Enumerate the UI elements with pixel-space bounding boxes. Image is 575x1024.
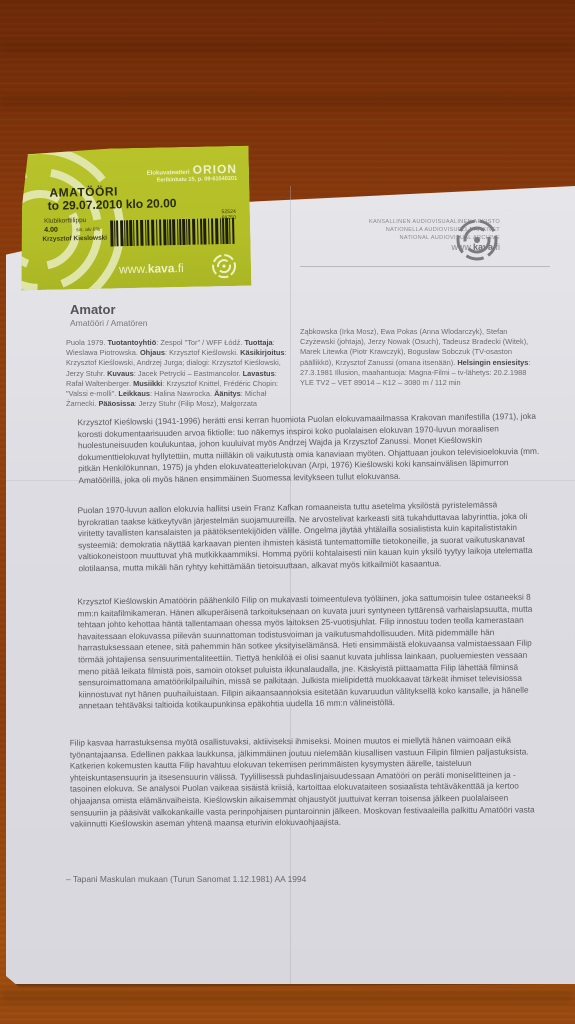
ticket-director: Krzysztof Kieslowski (42, 235, 107, 243)
credit-value: Puola 1979. (66, 338, 108, 347)
kava-logo-icon (211, 253, 238, 280)
credit-label: Tuottaja (244, 338, 272, 347)
ticket-datetime: to 29.07.2010 klo 20.00 (48, 196, 177, 213)
barcode-icon (110, 218, 237, 247)
ticket-vat: sis. alv 8% (76, 227, 100, 233)
ticket-address: Eerikinkatu 15, p. 09-61540201 (157, 176, 238, 184)
paragraph-4: Filip kasvaa harrastuksensa myötä osalli… (70, 734, 541, 830)
credit-label: Musiikki (133, 379, 162, 388)
film-title: Amator (70, 302, 116, 317)
credit-value: : Krzysztof Kieślowski. (165, 348, 240, 357)
credit-value: : Jerzy Stuhr (Filip Mosz), Małgorzata (135, 399, 257, 408)
byline: – Tapani Maskulan mukaan (Turun Sanomat … (66, 874, 306, 884)
credit-label: Tuotantoyhtiö (108, 338, 157, 347)
ticket-price: 4.00 (44, 227, 58, 234)
paragraph-1: Krzysztof Kieślowski (1941-1996) herätti… (78, 411, 541, 487)
credit-label: Helsingin ensiesitys (457, 358, 528, 367)
kava-logo-icon (455, 218, 499, 262)
cinema-ticket: ElokuvateatteriORION Eerikinkatu 15, p. … (19, 146, 252, 291)
credit-value: : Halina Nawrocka. (150, 389, 214, 398)
credits-left: Puola 1979. Tuotantoyhtiö: Zespol "Tor" … (66, 338, 294, 409)
paragraph-2: Puolan 1970-luvun aallon elokuvia hallit… (78, 499, 541, 575)
film-subtitle: Amatööri / Amatören (70, 318, 147, 328)
ticket-type: Klubikorttilippu (44, 217, 86, 225)
ticket-url: www.kava.fi (119, 261, 184, 276)
credit-label: Ohjaus (140, 348, 165, 357)
header-divider (300, 266, 550, 267)
credit-label: Lavastus (243, 369, 275, 378)
credit-label: Käsikirjoitus (240, 348, 284, 357)
paper-fold (290, 186, 291, 984)
credits-right: Ząbkowska (Irka Mosz), Ewa Pokas (Anna W… (300, 327, 540, 388)
credit-value: : Jacek Petrycki – Eastmancolor. (134, 369, 243, 378)
credit-label: Kuvaus (107, 369, 134, 378)
paragraph-3: Krzysztof Kieślowskin Amatöörin päähenki… (77, 592, 540, 713)
credit-label: Leikkaus (118, 389, 150, 398)
credit-label: Pääosissa (98, 399, 134, 408)
credit-value: : Zespol "Tor" / WFF Łódź. (156, 338, 244, 347)
credit-label: Äänitys (214, 389, 241, 398)
